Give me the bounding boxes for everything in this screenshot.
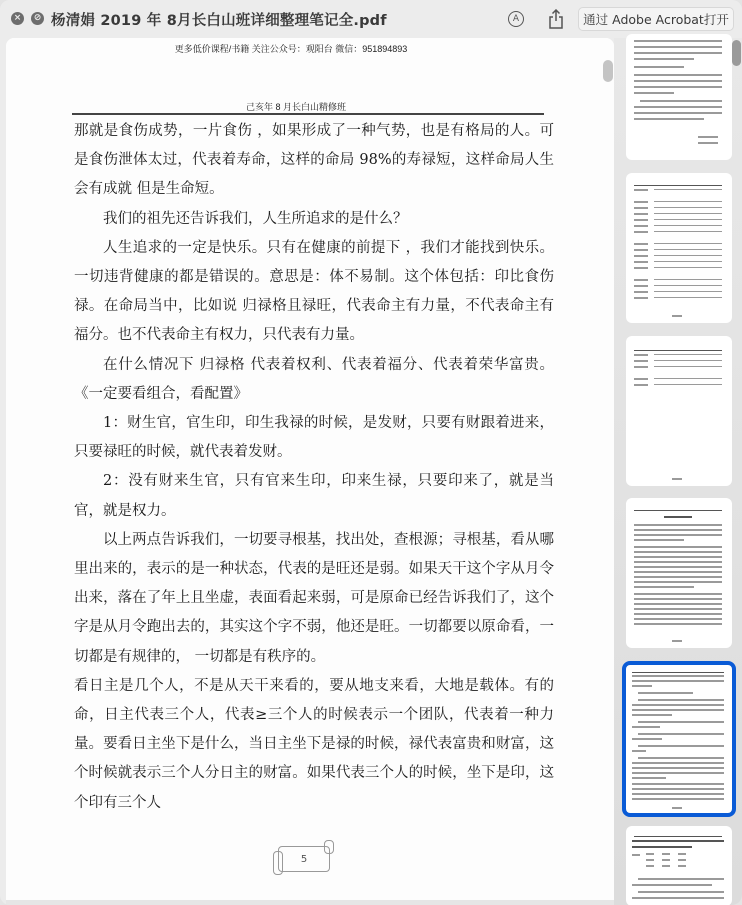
- header-rule: [72, 113, 544, 115]
- title-bar: × ⊘ 杨清娟 2019 年 8月长白山班详细整理笔记全.pdf A 通过 Ad…: [0, 0, 742, 38]
- preview-window: × ⊘ 杨清娟 2019 年 8月长白山班详细整理笔记全.pdf A 通过 Ad…: [0, 0, 742, 905]
- document-viewer[interactable]: 更多低价课程/书籍 关注公众号：观阳台 微信：951894893 己亥年 8 月…: [6, 38, 614, 900]
- bottom-strip: [6, 900, 614, 905]
- page-body: 那就是食伤成势，一片食伤 ，如果形成了一种气势，也是有格局的人。可是食伤泄体太过…: [74, 117, 554, 818]
- markup-glyph: A: [513, 14, 519, 24]
- paragraph: 在什么情况下 归禄格 代表着权利、代表着福分、代表着荣华富贵。《一定要看组合，看…: [74, 351, 554, 409]
- paragraph: 我们的祖先还告诉我们，人生所追求的是什么？: [74, 205, 554, 234]
- window-title: 杨清娟 2019 年 8月长白山班详细整理笔记全.pdf: [51, 9, 387, 30]
- page-thumbnail-3[interactable]: [626, 173, 732, 323]
- open-in-acrobat-button[interactable]: 通过 Adobe Acrobat打开: [578, 7, 734, 31]
- paragraph: 那就是食伤成势，一片食伤 ，如果形成了一种气势，也是有格局的人。可是食伤泄体太过…: [74, 117, 554, 205]
- paragraph: 人生追求的一定是快乐。只有在健康的前提下 ，我们才能找到快乐。一切违背健康的都是…: [74, 234, 554, 351]
- page-thumbnail-2[interactable]: [626, 34, 732, 160]
- pdf-page: 更多低价课程/书籍 关注公众号：观阳台 微信：951894893 己亥年 8 月…: [6, 38, 614, 900]
- paragraph: 以上两点告诉我们，一切要寻根基，找出处，查根源；寻根基，看从哪里出来的，表示的是…: [74, 526, 554, 672]
- close-icon[interactable]: ×: [11, 12, 24, 25]
- markup-icon[interactable]: A: [508, 11, 524, 27]
- page-thumbnail-next[interactable]: [626, 826, 732, 905]
- thumbnail-sidebar[interactable]: [614, 38, 742, 905]
- promo-header: 更多低价课程/书籍 关注公众号：观阳台 微信：951894893: [6, 42, 576, 55]
- page-thumbnail-current[interactable]: [626, 665, 732, 813]
- document-scrollbar[interactable]: [603, 60, 613, 82]
- paragraph: 2：没有财来生官，只有官来生印，印来生禄，只要印来了，就是当官，就是权力。: [74, 467, 554, 525]
- page-number-scroll: 5: [278, 846, 330, 872]
- paragraph: 看日主是几个人，不是从天干来看的，要从地支来看，大地是载体。有的命，日主代表三个…: [74, 672, 554, 818]
- page-thumbnail-5-heading[interactable]: [626, 498, 732, 648]
- paragraph: 1：财生官，官生印，印生我禄的时候，是发财，只要有财跟着进来，只要禄旺的时候，就…: [74, 409, 554, 467]
- running-head: 己亥年 8 月长白山精修班: [246, 100, 346, 113]
- minimize-glyph: ⊘: [34, 14, 42, 23]
- sidebar-scrollbar[interactable]: [732, 40, 741, 66]
- minimize-icon[interactable]: ⊘: [31, 12, 44, 25]
- page-thumbnail-4[interactable]: [626, 336, 732, 486]
- share-icon[interactable]: [548, 9, 564, 29]
- close-glyph: ×: [14, 14, 22, 23]
